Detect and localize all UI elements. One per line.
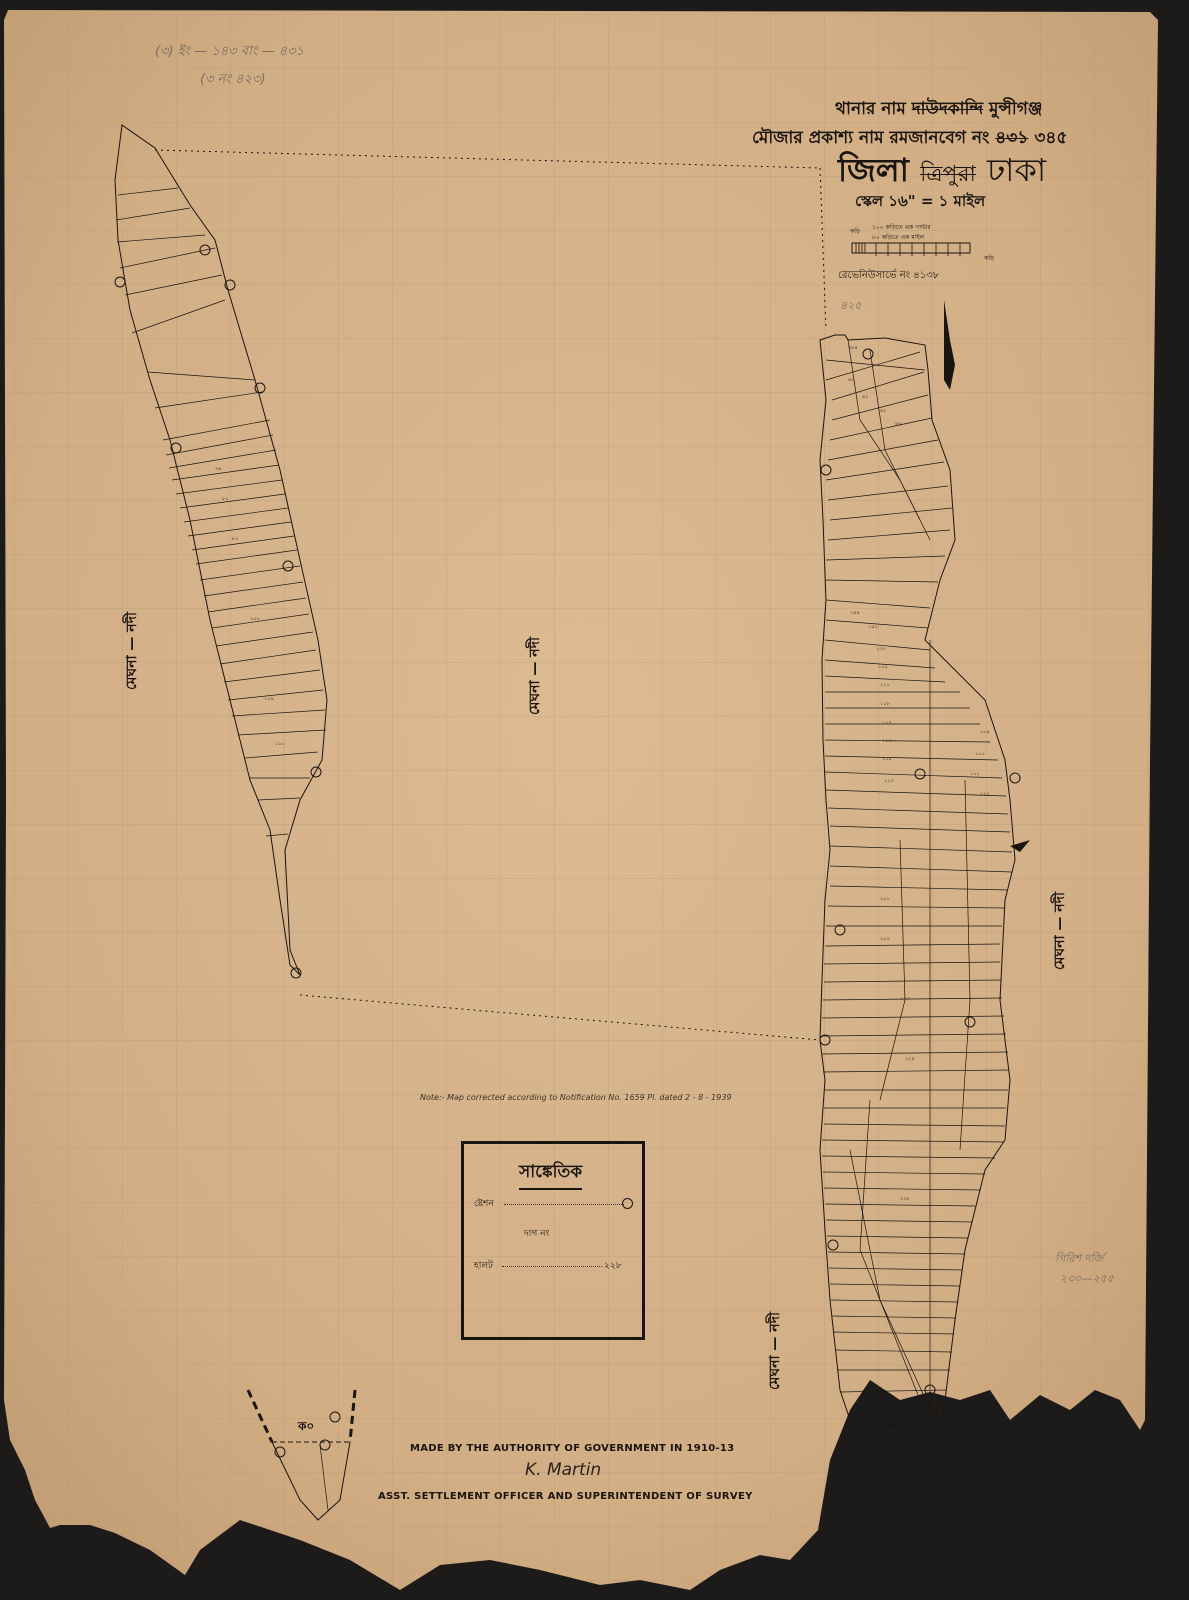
- river-label-center: মেঘনা — নদী: [523, 637, 547, 715]
- legend-halot-value: ২২৮: [604, 1258, 622, 1273]
- legend-halot-leader: [502, 1266, 602, 1267]
- svg-text:১৩৩: ১৩৩: [876, 646, 886, 652]
- svg-text:৪১: ৪১: [862, 394, 869, 400]
- legend-halot-label: হালট: [474, 1258, 493, 1273]
- svg-text:৪০: ৪০: [848, 377, 855, 383]
- svg-text:১৫০: ১৫০: [868, 624, 878, 630]
- revenue-survey-number: রেভেনিউসার্ভে নং ৪১৩৮: [838, 268, 939, 285]
- inset-label: ক০: [298, 1418, 314, 1438]
- river-label-right: মেঘনা — নদী: [1048, 892, 1072, 970]
- svg-text:৩৮৫: ৩৮৫: [848, 345, 858, 351]
- svg-text:১১৩: ১১৩: [884, 778, 894, 784]
- pencil-note-right-2: ২৩০—২৫৫: [1060, 1270, 1114, 1289]
- map-canvas: ৩৮৫৪০ ৪১৪২ ৪৩১৪৯ ১৫০১৩৩ ১২০১২১ ১১৮১১৭ ১১…: [0, 0, 1189, 1600]
- officer-title: ASST. SETTLEMENT OFFICER AND SUPERINTEND…: [378, 1491, 753, 1502]
- svg-text:১১৬: ১১৬: [882, 738, 892, 744]
- svg-text:৪২: ৪২: [880, 408, 887, 414]
- pencil-note-top-left-2: (৩ নং ৪২৩): [200, 70, 266, 91]
- legend-station-label: ষ্টেশন: [474, 1196, 494, 1211]
- svg-text:১১০: ১১০: [275, 741, 285, 747]
- scale-bar-bottom-label: ৮০ কড়িতে এক মাইল: [872, 232, 924, 243]
- district-value: ঢাকা: [987, 151, 1046, 189]
- river-label-left: মেঘনা — নদী: [120, 612, 144, 690]
- signature: K. Martin: [525, 1460, 601, 1480]
- svg-text:১২০: ১২০: [878, 664, 888, 670]
- svg-text:২২৪: ২২৪: [905, 1056, 915, 1062]
- svg-text:৭৯: ৭৯: [215, 466, 222, 472]
- svg-text:১২১: ১২১: [880, 682, 890, 688]
- svg-text:১০৯: ১০৯: [264, 696, 274, 702]
- scale-bar-left-label: কড়ি: [850, 226, 860, 237]
- svg-text:৮০: ৮০: [222, 496, 229, 502]
- svg-text:২০১: ২০১: [880, 896, 890, 902]
- thana-struck: দাউদকান্দি: [912, 99, 983, 119]
- svg-text:১১৫: ১১৫: [882, 756, 892, 762]
- scale-bar-right-label: কড়ি: [984, 253, 994, 264]
- pencil-note-right: গিরিশ দর্জি: [1055, 1250, 1103, 1269]
- legend-station-leader: [504, 1204, 624, 1205]
- district-struck: ত্রিপুরা: [920, 162, 976, 187]
- svg-text:১৪৯: ১৪৯: [850, 610, 860, 616]
- svg-text:৮১: ৮১: [232, 536, 239, 542]
- scale-text: স্কেল ১৬" = ১ মাইল: [855, 190, 985, 215]
- pencil-note-top-left: (৩) ইং — ১৪৩ বাং — ৪৩১: [155, 42, 304, 63]
- svg-text:৪৩: ৪৩: [895, 421, 902, 427]
- svg-text:১০০: ১০০: [250, 616, 260, 622]
- svg-text:২২৩: ২২৩: [900, 996, 911, 1002]
- svg-text:১১১: ১১১: [970, 771, 980, 777]
- svg-text:১১২: ১১২: [980, 791, 990, 797]
- svg-text:১১৭: ১১৭: [882, 720, 892, 726]
- legend-box: সাঙ্কেতিক ষ্টেশন দাগ নং হালট ২২৮: [461, 1141, 645, 1340]
- legend-plot-label: দাগ নং: [524, 1226, 549, 1241]
- pencil-note-header: ৪২৫: [840, 297, 861, 316]
- svg-text:২২৮: ২২৮: [900, 1196, 911, 1202]
- svg-text:১১০: ১১০: [975, 751, 985, 757]
- svg-text:২০২: ২০২: [880, 936, 890, 942]
- authority-statement: MADE BY THE AUTHORITY OF GOVERNMENT IN 1…: [410, 1443, 734, 1454]
- correction-note: Note:- Map corrected according to Notifi…: [420, 1093, 732, 1102]
- thana-line: থানার নাম দাউদকান্দি মুন্সীগঞ্জ: [835, 96, 1042, 124]
- river-label-lower: মেঘনা — নদী: [763, 1312, 787, 1390]
- svg-text:১১৮: ১১৮: [880, 701, 890, 707]
- station-circle-icon: [622, 1198, 633, 1209]
- svg-text:১০৯: ১০৯: [980, 729, 990, 735]
- legend-title: সাঙ্কেতিক: [519, 1159, 582, 1190]
- thana-value: মুন্সীগঞ্জ: [989, 99, 1042, 119]
- map-sheet: ৩৮৫৪০ ৪১৪২ ৪৩১৪৯ ১৫০১৩৩ ১২০১২১ ১১৮১১৭ ১১…: [0, 0, 1189, 1600]
